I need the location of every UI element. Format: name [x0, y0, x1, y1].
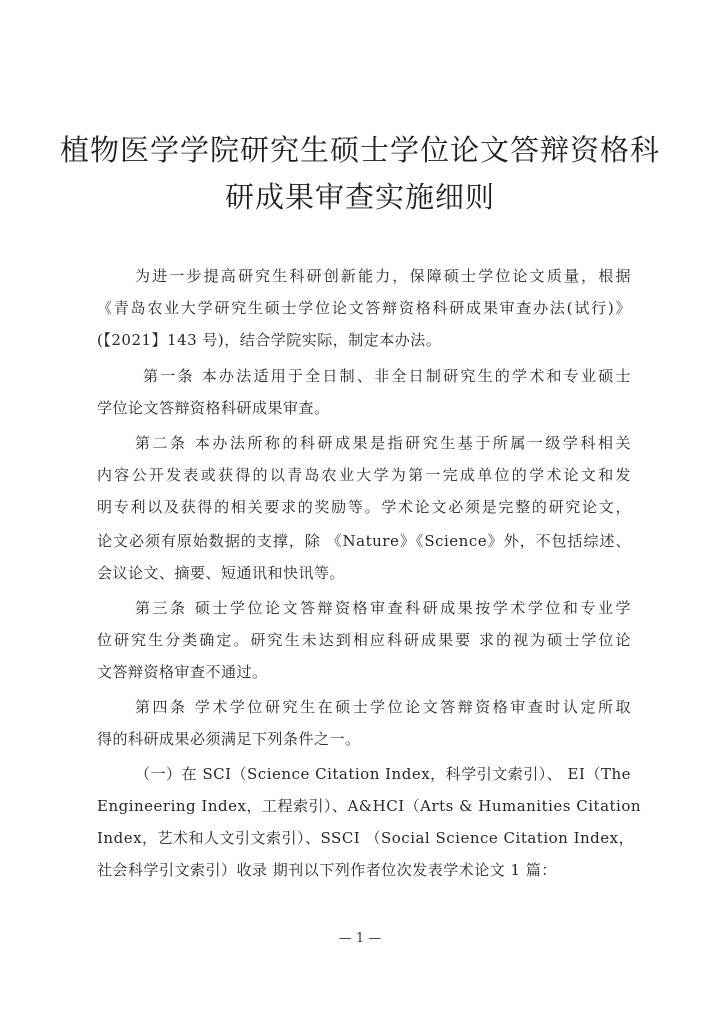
- preamble-line-3: (【2021】143 号)，结合学院实际，制定本办法。: [97, 330, 631, 350]
- article-2-line-2: 内容公开发表或获得的以青岛农业大学为第一完成单位的学术论文和发: [97, 465, 631, 485]
- article-3-line-3: 文答辩资格审查不通过。: [97, 662, 631, 682]
- preamble-line-2: 《青岛农业大学研究生硕士学位论文答辩资格科研成果审查办法(试行)》: [97, 298, 631, 318]
- article-2-line-1: 第二条 本办法所称的科研成果是指研究生基于所属一级学科相关: [135, 433, 631, 453]
- article-2-line-4: 论文必须有原始数据的支撑，除 《Nature》《Science》外，不包括综述、: [97, 531, 631, 551]
- article-3-line-2: 位研究生分类确定。研究生未达到相应科研成果要 求的视为硕士学位论: [97, 630, 631, 650]
- document-page: 植物医学学院研究生硕士学位论文答辩资格科 研成果审查实施细则 为进一步提高研究生…: [0, 0, 720, 1018]
- clause-1-line-3: Index，艺术和人文引文索引）、SSCI （Social Science Ci…: [97, 828, 631, 848]
- document-title-line-1: 植物医学学院研究生硕士学位论文答辩资格科: [0, 128, 720, 169]
- clause-1-line-2: Engineering Index，工程索引）、A&HCI（Arts & Hum…: [97, 796, 631, 816]
- article-1-line-2: 学位论文答辩资格科研成果审查。: [97, 398, 631, 418]
- document-title-line-2: 研成果审查实施细则: [0, 175, 720, 216]
- article-2-line-5: 会议论文、摘要、短通讯和快讯等。: [97, 563, 631, 583]
- article-3-line-1: 第三条 硕士学位论文答辩资格审查科研成果按学术学位和专业学: [135, 598, 631, 618]
- clause-1-line-4: 社会科学引文索引）收录 期刊以下列作者位次发表学术论文 1 篇：: [97, 860, 631, 880]
- article-2-line-3: 明专利以及获得的相关要求的奖励等。学术论文必须是完整的研究论文，: [97, 497, 631, 517]
- clause-1-line-1: （一）在 SCI（Science Citation Index，科学引文索引）、…: [135, 764, 631, 784]
- article-1-line-1: 第一条 本办法适用于全日制、非全日制研究生的学术和专业硕士: [143, 366, 631, 386]
- article-4-line-2: 得的科研成果必须满足下列条件之一。: [97, 729, 631, 749]
- page-number: — 1 —: [0, 931, 720, 946]
- article-4-line-1: 第四条 学术学位研究生在硕士学位论文答辩资格审查时认定所取: [135, 697, 631, 717]
- preamble-line-1: 为进一步提高研究生科研创新能力，保障硕士学位论文质量，根据: [135, 266, 631, 286]
